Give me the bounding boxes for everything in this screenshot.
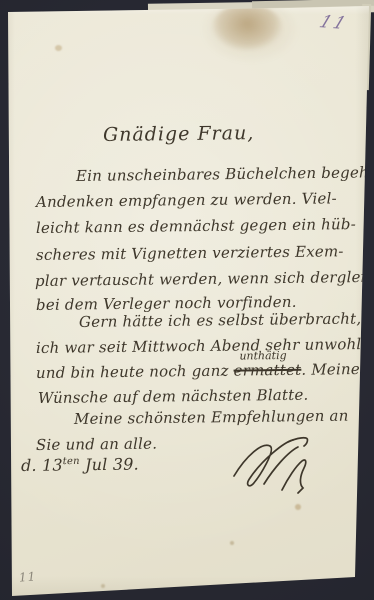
body-line-with-correction: und bin heute noch ganz ermattetunthätig… — [36, 360, 360, 382]
correction-wrap: ermattetunthätig — [233, 361, 301, 380]
date-superscript: ten — [63, 456, 80, 467]
stain — [200, 0, 300, 64]
body-line: Sie und an alle. — [36, 435, 157, 454]
body-line: Wünsche auf dem nächsten Blatte. — [38, 386, 309, 407]
struck-word: ermattet — [233, 361, 301, 380]
scanned-letter-page: 11 Gnädige Frau, Ein unscheinbares Büche… — [0, 0, 374, 600]
salutation: Gnädige Frau, — [103, 122, 255, 146]
body-line: Andenken empfangen zu werden. Viel- — [36, 189, 337, 211]
paper-speck — [230, 541, 234, 545]
body-line: scheres mit Vignetten verziertes Exem- — [36, 242, 344, 264]
stain — [212, 4, 282, 50]
paper-speck — [295, 504, 301, 510]
paper-speck — [55, 45, 62, 51]
body-line: leicht kann es demnächst gegen ein hüb- — [36, 215, 356, 237]
date-suffix: Jul 39. — [80, 455, 139, 475]
letter-paper: 11 Gnädige Frau, Ein unscheinbares Büche… — [0, 0, 374, 600]
inserted-word: unthätig — [239, 349, 286, 363]
correction-post: . Meine — [301, 360, 360, 379]
body-line: Meine schönsten Empfehlungen an — [74, 407, 349, 428]
body-line: Ein unscheinbares Büchelchen begehrt als — [76, 163, 374, 185]
body-line: plar vertauscht werden, wenn sich dergle… — [35, 268, 374, 290]
archival-number-bottom: 11 — [19, 569, 37, 584]
body-line: ich war seit Mittwoch Abend sehr unwohl — [36, 335, 362, 357]
body-line: Gern hätte ich es selbst überbracht, abe… — [79, 309, 374, 331]
dateline: d. 13ten Jul 39. — [21, 455, 139, 475]
date-prefix: d. 13 — [21, 455, 63, 475]
correction-pre: und bin heute noch ganz — [36, 362, 234, 382]
archival-number-top: 11 — [316, 12, 351, 34]
signature-flourish — [230, 434, 318, 498]
paper-speck — [101, 584, 105, 588]
